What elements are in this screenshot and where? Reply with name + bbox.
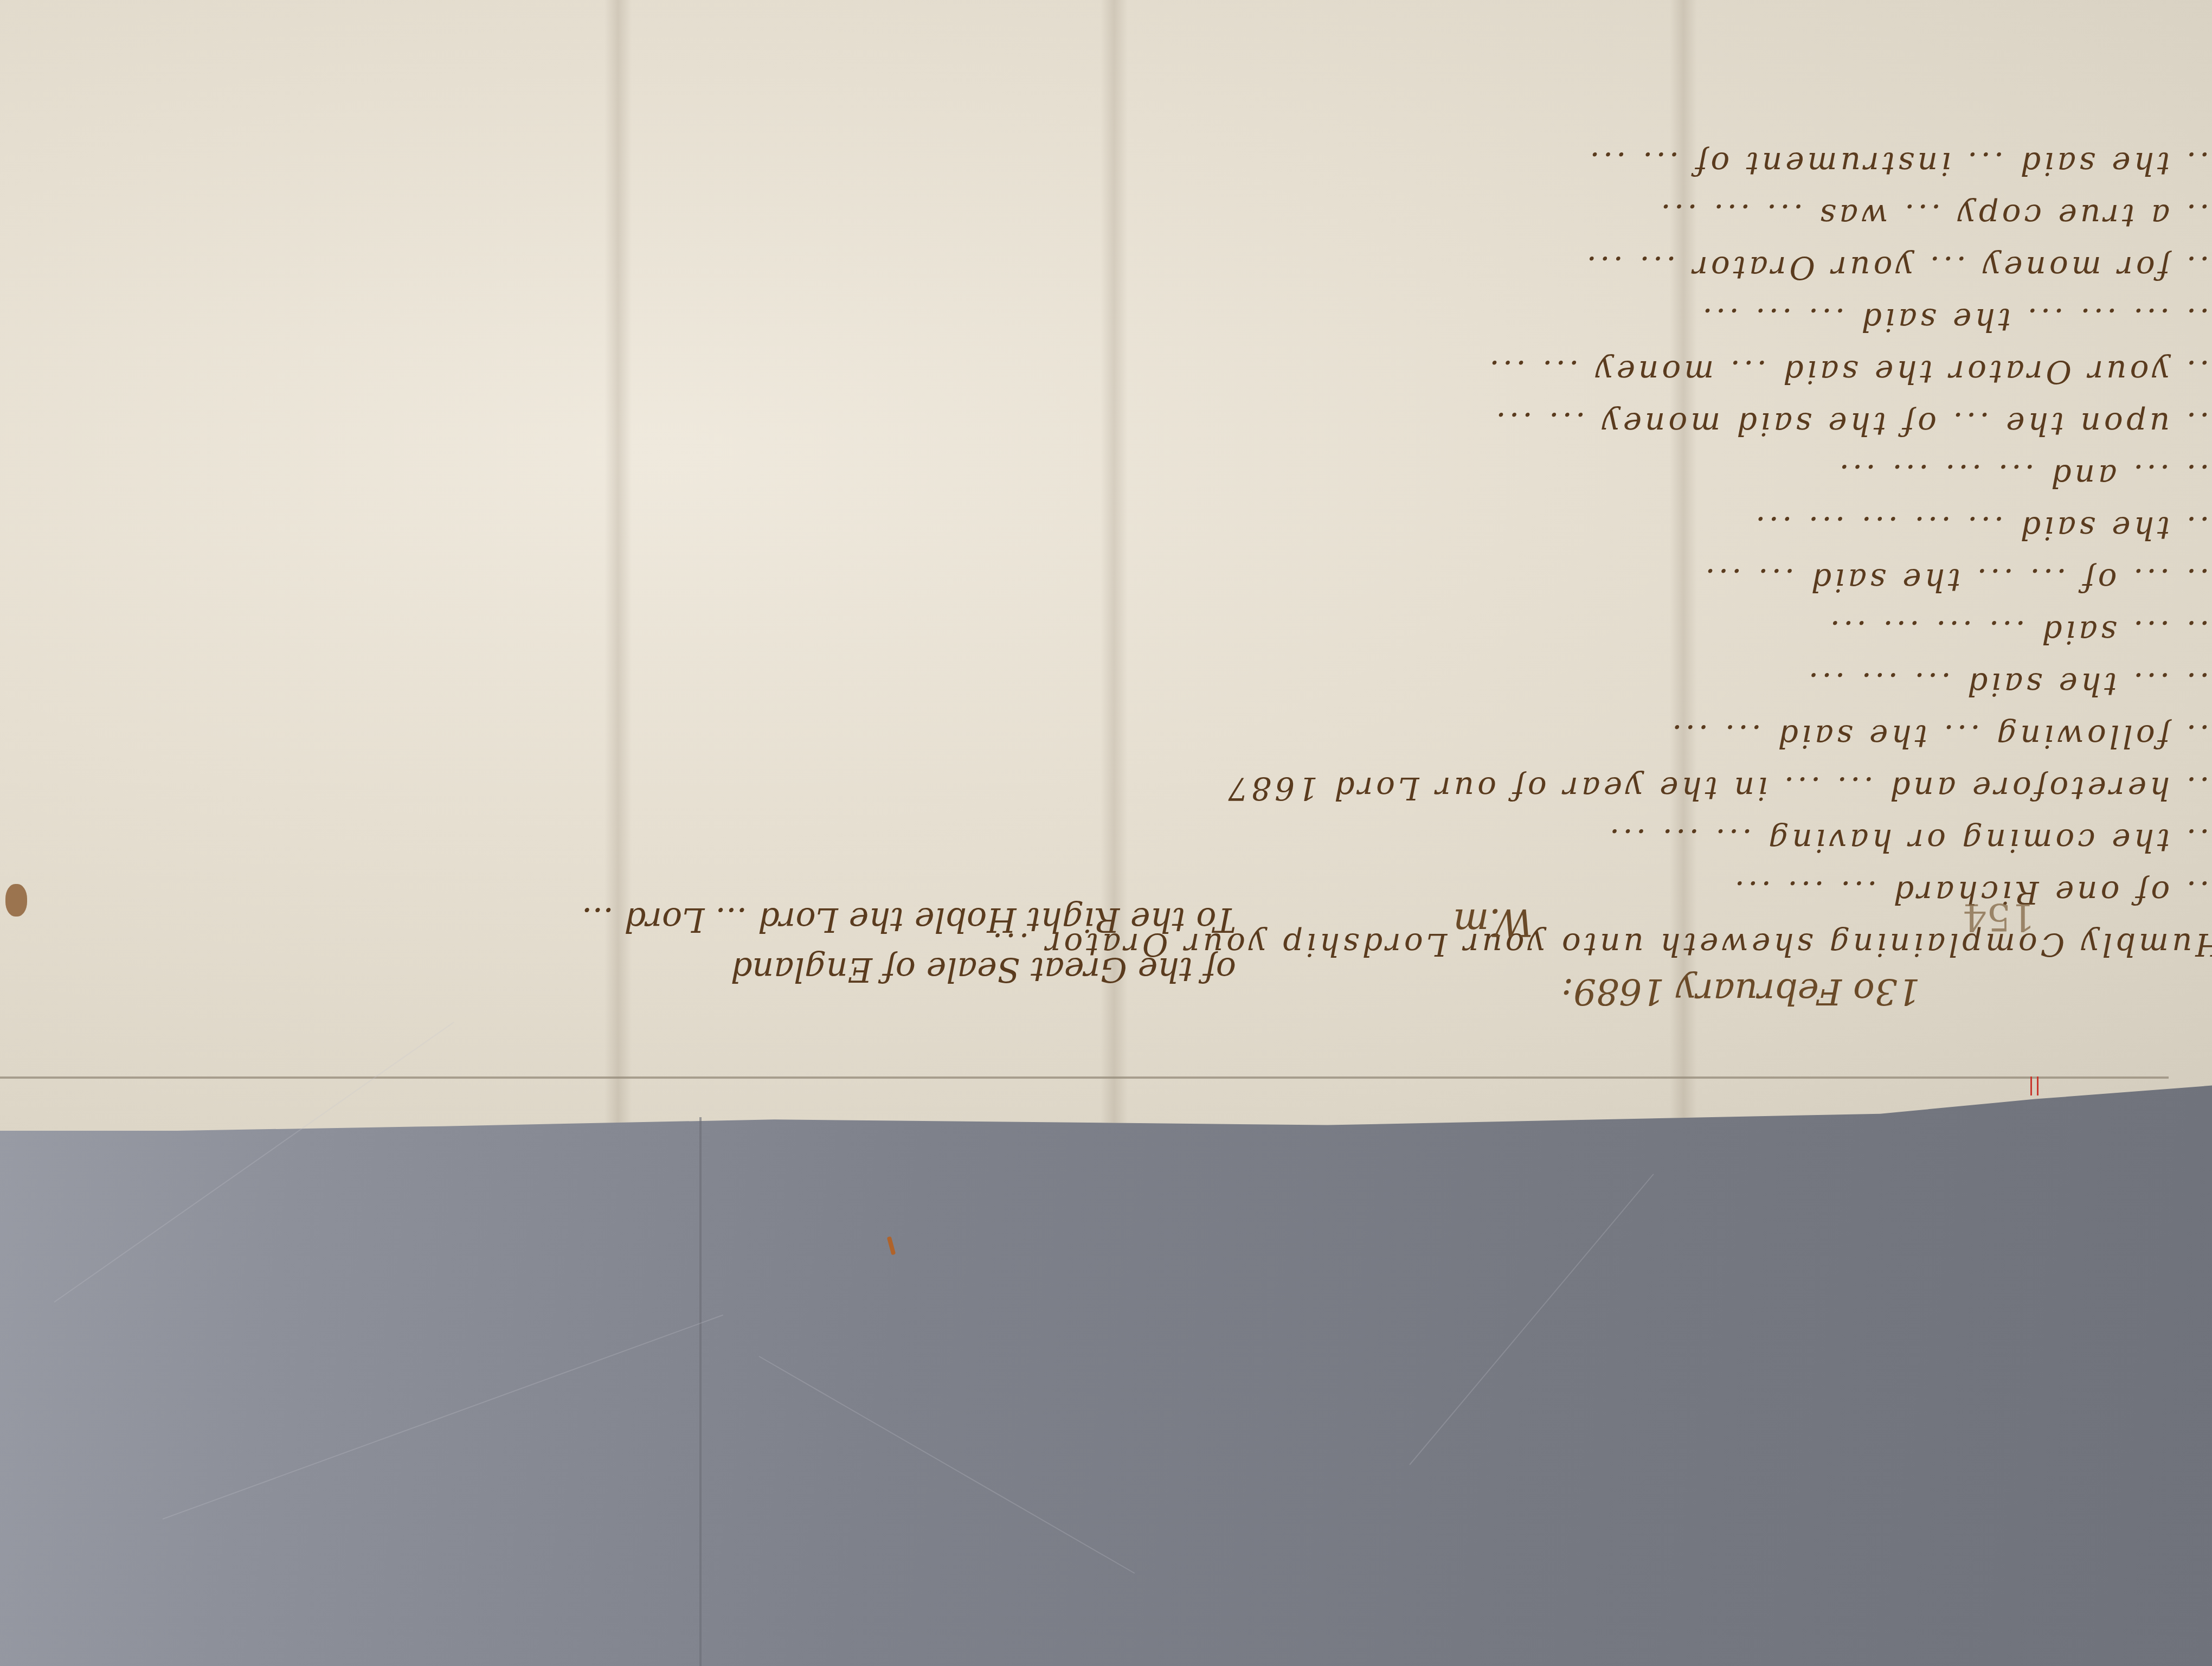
docket-date: 13o February 1689: [1561, 971, 1920, 1013]
surface-scratch [759, 1356, 1135, 1574]
surface-scratch [163, 1315, 723, 1520]
manuscript-line: ... heretofore and ... ... in the year o… [0, 762, 2212, 815]
address-line: To the Right Hoble the Lord ... Lord ... [98, 895, 1236, 945]
manuscript-line: ... ... and ... ... ... ... [0, 450, 2212, 502]
manuscript-line: ... the said ... ... ... ... ... [0, 502, 2212, 554]
signature-mark: W.m [1453, 900, 1533, 945]
manuscript-line: ... ... ... ... the said ... ... ... [0, 294, 2212, 346]
red-archive-mark [2030, 1077, 2032, 1095]
folio-number: 154 [1963, 895, 2035, 939]
manuscript-line: ... the coming or having ... ... ... [0, 815, 2212, 867]
ink-stain [5, 884, 27, 917]
surface-scratch [1409, 1174, 1654, 1465]
address-endorsement: of the Great Seale of England To the Rig… [98, 895, 1236, 995]
manuscript-line: ... the said ... instrument of ... ... [0, 138, 2212, 190]
ruled-fold-line [0, 1077, 2169, 1079]
manuscript-line: ... a true copy ... was ... ... ... [0, 190, 2212, 242]
manuscript-line: ... for money ... your Orator ... ... [0, 242, 2212, 294]
manuscript-line: ... ... said ... ... ... ... [0, 606, 2212, 658]
manuscript-line: ... ... the said ... ... ... [0, 658, 2212, 710]
table-seam [699, 1117, 702, 1666]
debris-fleck [887, 1236, 896, 1255]
manuscript-body: Humbly Complaining sheweth unto your Lor… [0, 138, 2212, 971]
manuscript-line: ... ... of ... ... the said ... ... [0, 554, 2212, 606]
manuscript-line: ... following ... the said ... ... [0, 710, 2212, 762]
address-line: of the Great Seale of England [98, 945, 1236, 995]
red-archive-mark [2037, 1077, 2039, 1095]
parchment-document: Humbly Complaining sheweth unto your Lor… [0, 0, 2212, 1131]
manuscript-line: ... your Orator the said ... money ... .… [0, 346, 2212, 398]
manuscript-line: ... upon the ... of the said money ... .… [0, 398, 2212, 450]
